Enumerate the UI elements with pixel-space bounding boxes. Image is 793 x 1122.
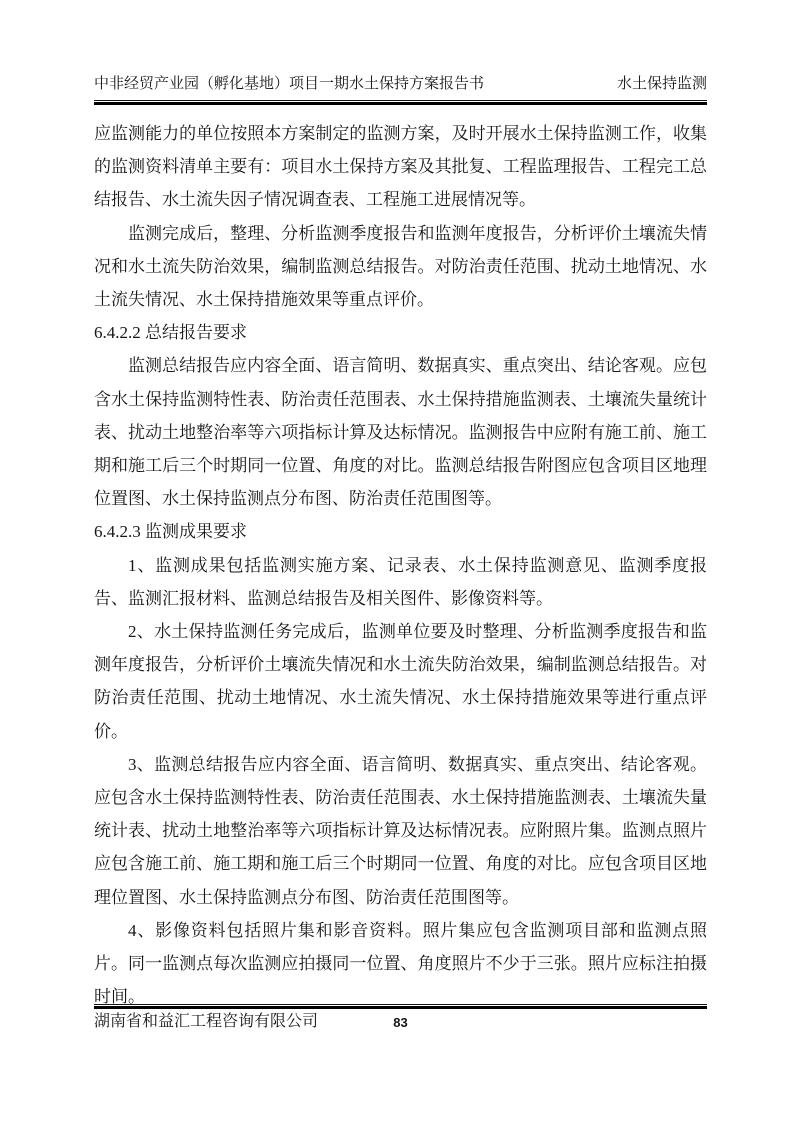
header-section-label: 水土保持监测 — [617, 74, 707, 94]
page-footer: 湖南省和益汇工程咨询有限公司 83 — [94, 1011, 707, 1033]
body-paragraph: 监测总结报告应内容全面、语言简明、数据真实、重点突出、结论客观。应包含水土保持监… — [94, 349, 707, 515]
footer-rule — [94, 1004, 707, 1009]
header-report-title: 中非经贸产业园（孵化基地）项目一期水土保持方案报告书 — [94, 74, 484, 94]
body-paragraph: 应监测能力的单位按照本方案制定的监测方案，及时开展水土保持监测工作，收集的监测资… — [94, 117, 707, 217]
list-item-1: 1、监测成果包括监测实施方案、记录表、水土保持监测意见、监测季度报告、监测汇报材… — [94, 549, 707, 615]
header-rule — [94, 100, 707, 105]
section-heading-6-4-2-3: 6.4.2.3 监测成果要求 — [94, 515, 707, 548]
section-heading-6-4-2-2: 6.4.2.2 总结报告要求 — [94, 316, 707, 349]
body-paragraph: 监测完成后，整理、分析监测季度报告和监测年度报告，分析评价土壤流失情况和水土流失… — [94, 217, 707, 317]
list-item-3: 3、监测总结报告应内容全面、语言简明、数据真实、重点突出、结论客观。应包含水土保… — [94, 748, 707, 914]
page-header: 中非经贸产业园（孵化基地）项目一期水土保持方案报告书 水土保持监测 — [94, 74, 707, 94]
document-page: 中非经贸产业园（孵化基地）项目一期水土保持方案报告书 水土保持监测 应监测能力的… — [0, 0, 793, 1122]
footer-page-number: 83 — [94, 1012, 707, 1034]
document-body: 应监测能力的单位按照本方案制定的监测方案，及时开展水土保持监测工作，收集的监测资… — [94, 117, 707, 1005]
list-item-4: 4、影像资料包括照片集和影音资料。照片集应包含监测项目部和监测点照片。同一监测点… — [94, 914, 707, 1005]
list-item-2: 2、水土保持监测任务完成后，监测单位要及时整理、分析监测季度报告和监测年度报告，… — [94, 615, 707, 748]
